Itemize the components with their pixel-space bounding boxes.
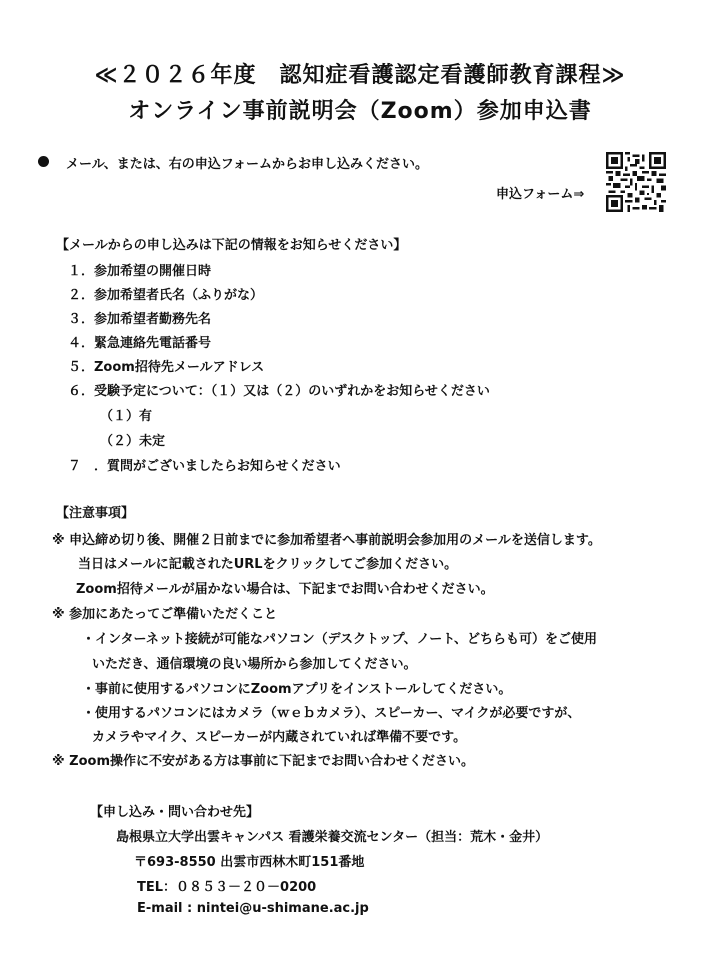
list-item: ６．受験予定について：（１）又は（２）のいずれかをお知らせください <box>68 380 490 399</box>
contact-heading: 【申し込み・問い合わせ先】 <box>90 801 259 820</box>
contact-phone: TEL：０８５３－２０－0200 <box>137 876 316 895</box>
list-item: ７ ．質問がございましたらお知らせください <box>68 455 341 474</box>
list-item: ４．緊急連絡先電話番号 <box>68 332 211 351</box>
note-line: Zoom招待メールが届かない場合は、下記までお問い合わせください。 <box>76 578 494 597</box>
note-line: ・事前に使用するパソコンにZoomアプリをインストールしてください。 <box>82 678 511 697</box>
bullet-icon <box>38 156 49 167</box>
note-line: ※ Zoom操作に不安がある方は事前に下記までお問い合わせください。 <box>52 750 474 769</box>
note-line: ※ 申込締め切り後、開催２日前までに参加希望者へ事前説明会参加用のメールを送信し… <box>52 529 601 548</box>
page-title-line-1: ≪２０２６年度 認知症看護認定看護師教育課程≫ <box>0 58 720 89</box>
contact-email[interactable]: E-mail : nintei@u-shimane.ac.jp <box>137 901 369 916</box>
note-line: ・使用するパソコンにはカメラ（ｗｅｂカメラ）、スピーカー、マイクが必要ですが、 <box>82 702 580 721</box>
note-line: ・インターネット接続が可能なパソコン（デスクトップ、ノート、どちらも可）をご使用 <box>82 628 597 647</box>
email-info-heading: 【メールからの申し込みは下記の情報をお知らせください】 <box>56 234 406 253</box>
list-item: ５．Zoom招待先メールアドレス <box>68 356 264 375</box>
page-title-line-2: オンライン事前説明会（Zoom）参加申込書 <box>0 94 720 125</box>
list-sub-item: （２）未定 <box>100 430 165 449</box>
list-item: ２．参加希望者氏名（ふりがな） <box>68 284 263 303</box>
note-line: カメラやマイク、スピーカーが内蔵されていれば準備不要です。 <box>92 726 466 745</box>
list-sub-item: （１）有 <box>100 405 152 424</box>
notes-heading: 【注意事項】 <box>56 502 134 521</box>
list-item: ３．参加希望者勤務先名 <box>68 308 211 327</box>
form-label: 申込フォーム⇒ <box>496 183 584 202</box>
contact-organization: 島根県立大学出雲キャンパス 看護栄養交流センター（担当：荒木・金井） <box>116 826 548 845</box>
note-line: 当日はメールに記載されたURLをクリックしてご参加ください。 <box>78 553 457 572</box>
qr-code-icon[interactable] <box>606 152 666 212</box>
note-line: いただき、通信環境の良い場所から参加してください。 <box>92 653 416 672</box>
list-item: １．参加希望の開催日時 <box>68 260 211 279</box>
contact-address: 〒693-8550 出雲市西林木町151番地 <box>134 851 364 870</box>
intro-text: メール、または、右の申込フォームからお申し込みください。 <box>66 153 428 172</box>
note-line: ※ 参加にあたってご準備いただくこと <box>52 603 277 622</box>
